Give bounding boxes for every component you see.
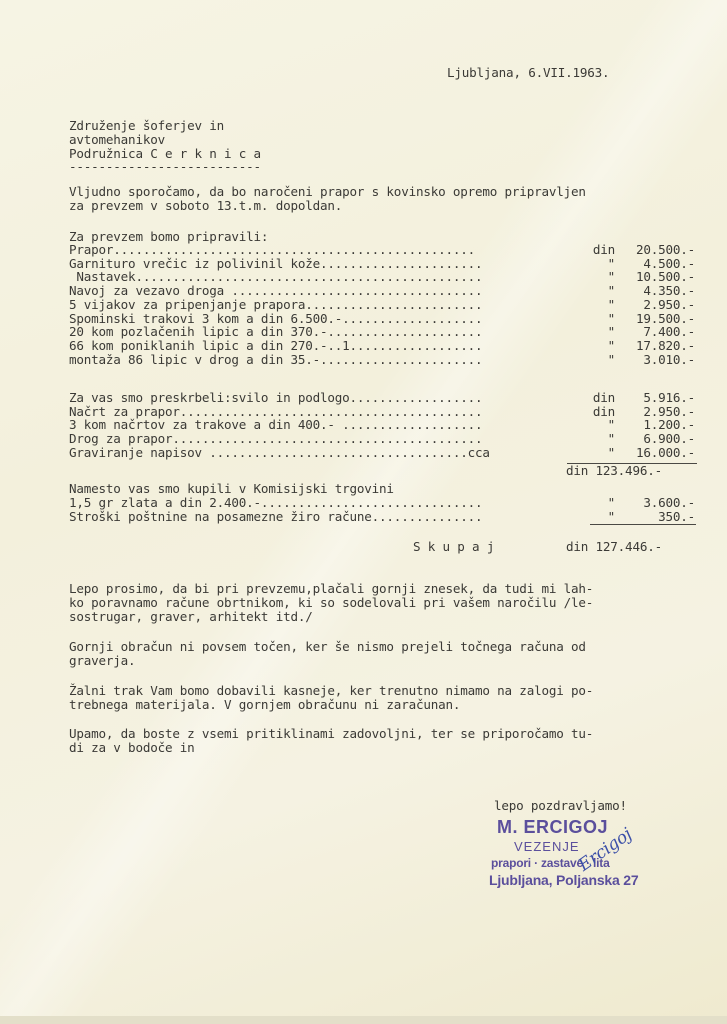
intro-line-2: za prevzem v soboto 13.t.m. dopoldan. (69, 199, 342, 213)
paragraph-2-line-2: graverja. (69, 654, 135, 668)
line-item-unit: din (585, 243, 615, 257)
paragraph-1-line-3: sostrugar, graver, arhitekt itd./ (69, 610, 313, 624)
line-item-unit: " (585, 446, 615, 460)
line-item-description: Drog za prapor..........................… (69, 432, 482, 446)
line-item-description: Graviranje napisov .....................… (69, 446, 490, 460)
line-item-description: Za vas smo preskrbeli:svilo in podlogo..… (69, 391, 482, 405)
recipient-underline: -------------------------- (69, 160, 261, 174)
section3-heading: Namesto vas smo kupili v Komisijski trgo… (69, 482, 394, 496)
total-label: S k u p a j (413, 540, 494, 554)
total-rule (590, 524, 696, 525)
line-item: Stroški poštnine na posamezne žiro račun… (69, 510, 699, 524)
paragraph-4-line-1: Upamo, da boste z vsemi pritiklinami zad… (69, 727, 593, 741)
line-item-description: Prapor..................................… (69, 243, 475, 257)
paragraph-2-line-1: Gornji obračun ni povsem točen, ker še n… (69, 640, 586, 654)
letter-date: Ljubljana, 6.VII.1963. (447, 66, 609, 80)
closing-greeting: lepo pozdravljamo! (494, 799, 627, 813)
line-item-unit: " (585, 510, 615, 524)
paragraph-1-line-1: Lepo prosimo, da bi pri prevzemu,plačali… (69, 582, 593, 596)
paper-bottom-edge (0, 1016, 727, 1024)
line-item-unit: " (585, 353, 615, 367)
line-item: 66 kom poniklanih lipic a din 270.-..1..… (69, 339, 699, 353)
paragraph-4-line-2: di za v bodoče in (69, 741, 195, 755)
line-item: Drog za prapor..........................… (69, 432, 699, 446)
recipient-line-1: Združenje šoferjev in (69, 119, 224, 133)
letter-page: Ljubljana, 6.VII.1963. Združenje šoferje… (0, 0, 727, 1024)
line-item: 1,5 gr zlata a din 2.400.-..............… (69, 496, 699, 510)
line-item-description: Stroški poštnine na posamezne žiro račun… (69, 510, 482, 524)
line-item: Graviranje napisov .....................… (69, 446, 699, 460)
line-item-description: montaža 86 lipic v drog a din 35.-......… (69, 353, 482, 367)
line-item-amount: 4.350.- (617, 284, 695, 298)
line-item-amount: 2.950.- (617, 298, 695, 312)
line-item: Za vas smo preskrbeli:svilo in podlogo..… (69, 391, 699, 405)
line-item: montaža 86 lipic v drog a din 35.-......… (69, 353, 699, 367)
line-item-amount: 16.000.- (617, 446, 695, 460)
line-item-description: Navoj za vezavo droga ..................… (69, 284, 482, 298)
subtotal: din 123.496.- (566, 464, 662, 478)
line-item: 5 vijakov za pripenjanje prapora........… (69, 298, 699, 312)
line-item: Prapor..................................… (69, 243, 699, 257)
stamp-address: Ljubljana, Poljanska 27 (489, 872, 638, 888)
line-item-amount: 3.010.- (617, 353, 695, 367)
line-item-amount: 5.916.- (617, 391, 695, 405)
line-item-description: 66 kom poniklanih lipic a din 270.-..1..… (69, 339, 482, 353)
line-item-unit: " (585, 432, 615, 446)
line-item-unit: din (585, 391, 615, 405)
paragraph-3-line-1: Žalni trak Vam bomo dobavili kasneje, ke… (69, 684, 593, 698)
paragraph-1-line-2: ko poravnamo račune obrtnikom, ki so sod… (69, 596, 593, 610)
line-item-unit: " (585, 284, 615, 298)
line-item-amount: 350.- (617, 510, 695, 524)
line-item-amount: 17.820.- (617, 339, 695, 353)
intro-line-1: Vljudno sporočamo, da bo naročeni prapor… (69, 185, 586, 199)
stamp-name: M. ERCIGOJ (497, 817, 608, 838)
line-item-unit: " (585, 339, 615, 353)
line-item-unit: " (585, 298, 615, 312)
stamp-line-2: VEZENJE (514, 839, 580, 854)
line-item-amount: 3.600.- (617, 496, 695, 510)
paragraph-3-line-2: trebnega materijala. V gornjem obračunu … (69, 698, 460, 712)
recipient-line-2: avtomehanikov (69, 133, 165, 147)
line-item: Navoj za vezavo droga ..................… (69, 284, 699, 298)
total-value: din 127.446.- (566, 540, 662, 554)
line-item-unit: " (585, 496, 615, 510)
line-item-amount: 20.500.- (617, 243, 695, 257)
line-item-amount: 6.900.- (617, 432, 695, 446)
line-item-description: 5 vijakov za pripenjanje prapora........… (69, 298, 482, 312)
line-item-description: 1,5 gr zlata a din 2.400.-..............… (69, 496, 482, 510)
